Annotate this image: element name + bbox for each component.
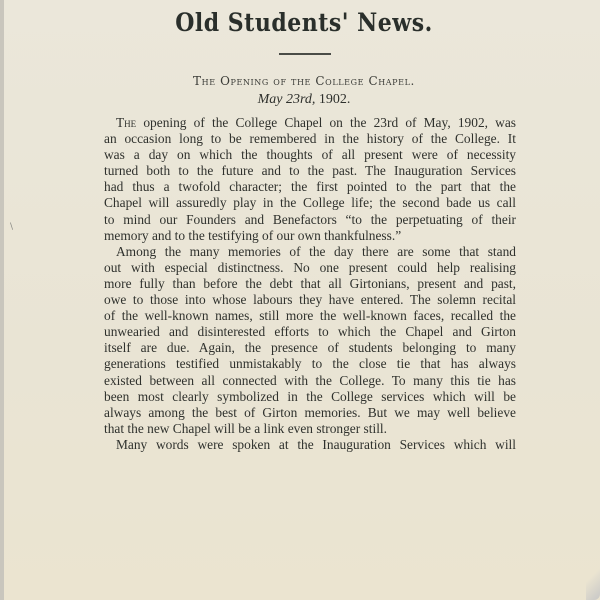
paragraph-1-line: Chapel will assuredly play in the Colleg… [104,195,516,211]
masthead-title: Old Students' News. [4,8,600,38]
paragraph-2-line: that the new Chapel will be a link even … [104,421,516,437]
document-page: Old Students' News. The Opening of the C… [0,0,600,600]
paragraph-2-line: unwearied and disinterested efforts to w… [104,324,516,340]
article-heading: The Opening of the College Chapel. [4,74,600,88]
paragraph-2-line: more fully than before the debt that all… [104,276,516,292]
title-rule-divider [279,53,331,55]
paragraph-2-line: generations testified unmistakably to th… [104,356,516,372]
paragraph-2-line: existed between all connected with the C… [104,373,516,389]
article-date-day: May 23rd, [258,92,316,107]
paragraph-1-line: memory and to the testifying of our own … [104,228,516,244]
paragraph-2-line: of the well-known names, still more the … [104,308,516,324]
paragraph-1-line: had thus a twofold character; the first … [104,179,516,195]
margin-mark: \ [10,222,13,232]
paragraph-1-line-1: The opening of the College Chapel on the… [104,115,516,131]
paragraph-2-line: been most clearly symbolized in the Coll… [104,389,516,405]
lead-small-caps: The [116,115,136,130]
article-date: May 23rd, 1902. [4,92,600,108]
paragraph-1-line: to mind our Founders and Benefactors “to… [104,212,516,228]
paragraph-2-line: out with especial distinctness. No one p… [104,260,516,276]
paragraph-2-line: always among the best of Girton memories… [104,405,516,421]
paragraph-1-line: was a day on which the thoughts of all p… [104,147,516,163]
paragraph-1-line: turned both to the future and to the pas… [104,163,516,179]
paragraph-2-line: itself are due. Again, the presence of s… [104,340,516,356]
paragraph-1-line: an occasion long to be remembered in the… [104,131,516,147]
paragraph-2-line: Among the many memories of the day there… [104,244,516,260]
article-date-year: 1902. [315,92,350,107]
paragraph-3-line: Many words were spoken at the Inaugurati… [104,437,516,453]
article-body: The opening of the College Chapel on the… [104,115,516,453]
paragraph-2-line: owe to those into whose labours they hav… [104,292,516,308]
